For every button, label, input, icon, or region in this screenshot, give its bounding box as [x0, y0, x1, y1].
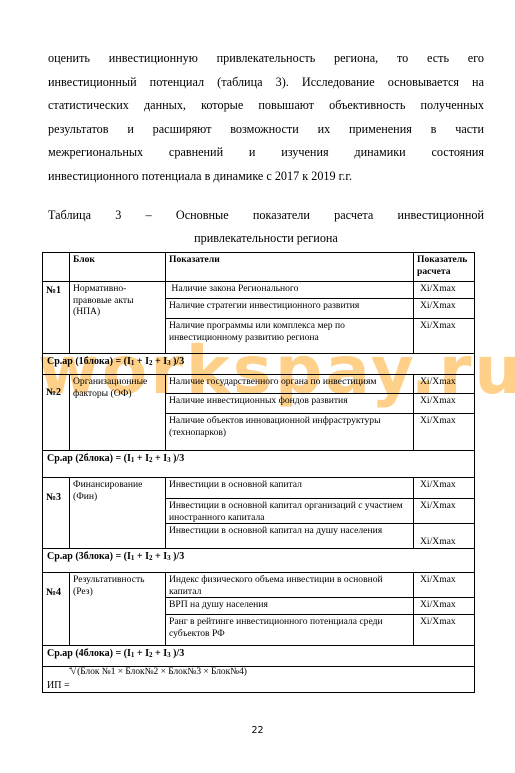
ip-label: ИП =	[47, 680, 70, 692]
indicator-cell: Наличие объектов инновационной инфрастру…	[166, 414, 414, 451]
ip-formula-cell: ИП = 4√(Блок №1 × Блок№2 × Блок№3 × Блок…	[43, 667, 475, 693]
block-number: №2	[43, 375, 70, 451]
block-number: №1	[43, 282, 70, 354]
block-name: Организационные факторы (ОФ)	[70, 375, 166, 451]
calc-cell: Xi/Xmax	[414, 598, 475, 615]
calc-cell: Xi/Xmax	[414, 319, 475, 354]
calc-cell: Xi/Xmax	[414, 499, 475, 524]
indicator-cell: Наличие стратегии инвестиционного развит…	[166, 299, 414, 319]
indicator-cell: Наличие государственного органа по инвес…	[166, 375, 414, 394]
body-paragraph: оценить инвестиционную привлекательность…	[48, 47, 484, 189]
radicand: (Блок №1 × Блок№2 × Блок№3 × Блок№4)	[76, 666, 248, 677]
indicator-cell: Наличие инвестиционных фондов развития	[166, 394, 414, 414]
root-index: 4	[69, 666, 72, 672]
block-average-formula: Ср.ар (3блока) = (I1 + I2 + I3 )/3	[43, 549, 475, 573]
indicator-cell: Наличие закона Регионального	[166, 282, 414, 299]
block-average-formula: Ср.ар (1блока) = (I1 + I2 + I3 )/3	[43, 354, 475, 375]
indicators-table: Блок Показатели Показатель расчета №1 Но…	[42, 252, 475, 693]
block-average-row: Ср.ар (3блока) = (I1 + I2 + I3 )/3	[43, 549, 475, 573]
indicator-cell: Ранг в рейтинге инвестиционного потенциа…	[166, 615, 414, 646]
block-number: №3	[43, 478, 70, 549]
calc-cell: Xi/Xmax	[414, 524, 475, 549]
header-indicators: Показатели	[166, 253, 414, 282]
calc-cell: Xi/Xmax	[414, 282, 475, 299]
caption-line-2: привлекательности региона	[48, 227, 484, 250]
indicator-cell: Наличие программы или комплекса мер по и…	[166, 319, 414, 354]
calc-cell: Xi/Xmax	[414, 299, 475, 319]
body-line: результатов и расширяют возможности их п…	[48, 118, 484, 142]
calc-cell: Xi/Xmax	[414, 394, 475, 414]
ip-root-expression: 4√(Блок №1 × Блок№2 × Блок№3 × Блок№4)	[69, 667, 248, 680]
block-average-row: Ср.ар (1блока) = (I1 + I2 + I3 )/3	[43, 354, 475, 375]
header-num	[43, 253, 70, 282]
block-average-formula: Ср.ар (4блока) = (I1 + I2 + I3 )/3	[43, 646, 475, 667]
block-name: Нормативно-правовые акты (НПА)	[70, 282, 166, 354]
table-row: №2 Организационные факторы (ОФ) Наличие …	[43, 375, 475, 394]
table-row: №1 Нормативно-правовые акты (НПА) Наличи…	[43, 282, 475, 299]
body-line: инвестиционный потенциал (таблица 3). Ис…	[48, 71, 484, 95]
body-line: межрегиональных сравнений и изучения дин…	[48, 141, 484, 165]
indicator-cell: Индекс физического объема инвестиции в о…	[166, 573, 414, 598]
calc-cell: Xi/Xmax	[414, 615, 475, 646]
block-number: №4	[43, 573, 70, 646]
calc-cell: Xi/Xmax	[414, 573, 475, 598]
block-name: Финансирование (Фин)	[70, 478, 166, 549]
block-name: Результативность (Рез)	[70, 573, 166, 646]
caption-line-1: Таблица 3 – Основные показатели расчета …	[48, 204, 484, 227]
block-average-formula: Ср.ар (2блока) = (I1 + I2 + I3 )/3	[43, 451, 475, 478]
header-block: Блок	[70, 253, 166, 282]
block-average-row: Ср.ар (2блока) = (I1 + I2 + I3 )/3	[43, 451, 475, 478]
table-row: №3 Финансирование (Фин) Инвестиции в осн…	[43, 478, 475, 499]
indicator-cell: Инвестиции в основной капитал организаци…	[166, 499, 414, 524]
header-calc: Показатель расчета	[414, 253, 475, 282]
table-row: №4 Результативность (Рез) Индекс физичес…	[43, 573, 475, 598]
table-header-row: Блок Показатели Показатель расчета	[43, 253, 475, 282]
block-average-row: Ср.ар (4блока) = (I1 + I2 + I3 )/3	[43, 646, 475, 667]
body-line: статистических данных, которые повышают …	[48, 94, 484, 118]
indicator-cell: Инвестиции в основной капитал на душу на…	[166, 524, 414, 549]
calc-cell: Xi/Xmax	[414, 478, 475, 499]
indicator-cell: ВРП на душу населения	[166, 598, 414, 615]
page-number: 22	[0, 725, 515, 736]
body-line: оценить инвестиционную привлекательность…	[48, 47, 484, 71]
body-line: инвестиционного потенциала в динамике с …	[48, 165, 484, 189]
indicator-cell: Инвестиции в основной капитал	[166, 478, 414, 499]
ip-formula-row: ИП = 4√(Блок №1 × Блок№2 × Блок№3 × Блок…	[43, 667, 475, 693]
calc-cell: Xi/Xmax	[414, 414, 475, 451]
calc-cell: Xi/Xmax	[414, 375, 475, 394]
table-caption: Таблица 3 – Основные показатели расчета …	[48, 204, 484, 250]
